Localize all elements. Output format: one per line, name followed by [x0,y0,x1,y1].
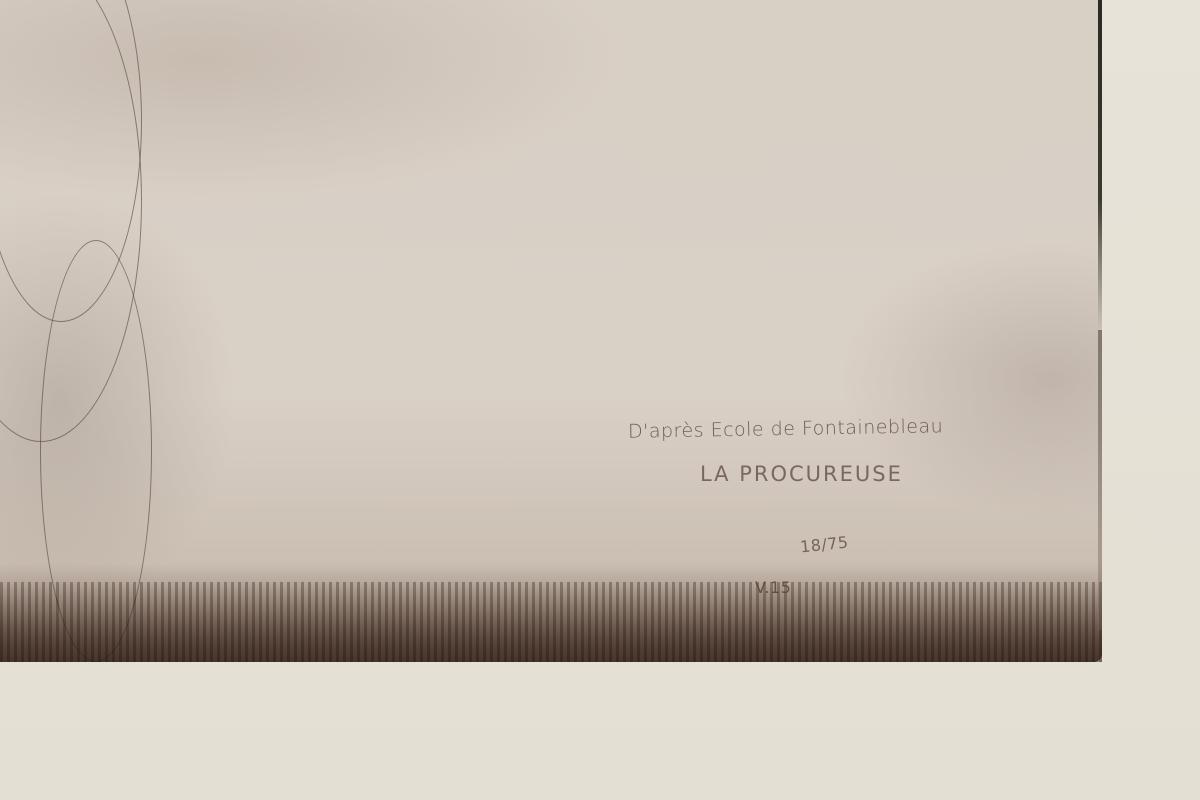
plate-edge [1098,330,1102,630]
title-inscription: LA PROCUREUSE [700,462,903,486]
signature: V.15 [755,578,791,597]
plate-edge [1098,0,1102,330]
sketch-line [40,240,152,662]
sketch-line [0,0,142,442]
sketch-line [0,0,142,322]
etching-plate [0,0,1102,662]
